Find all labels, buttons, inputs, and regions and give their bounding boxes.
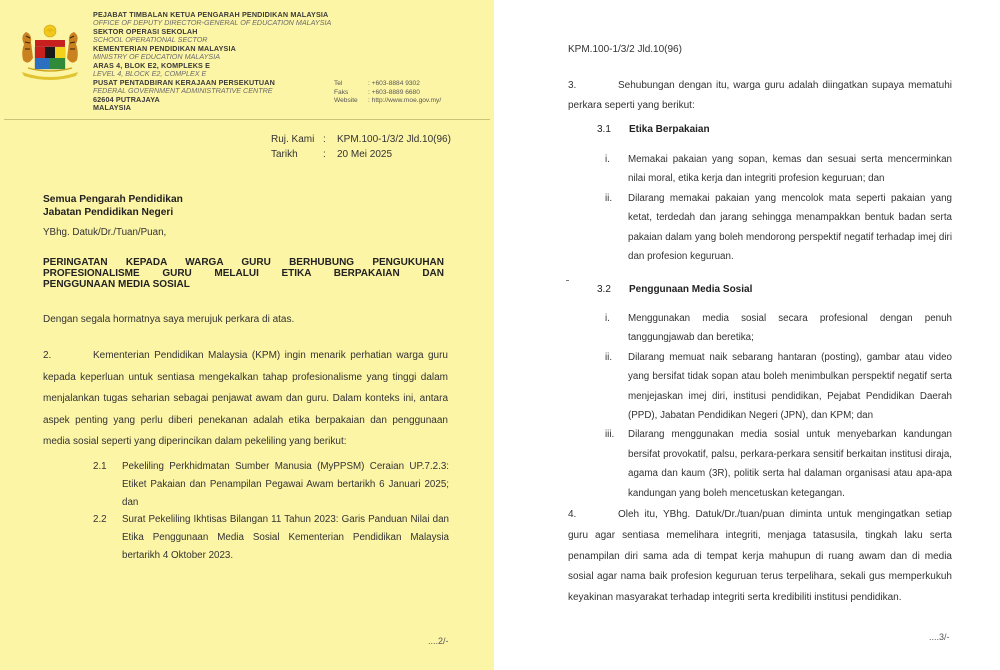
page-continuation-marker: ....3/- [929, 632, 950, 642]
list-item: ii. Dilarang memakai pakaian yang mencol… [605, 189, 952, 267]
tel-value: : +603-8884 9302 [368, 80, 420, 89]
section-number: 3.1 [597, 124, 629, 135]
subject-line: PERINGATAN KEPADA WARGA GURU BERHUBUNG P… [43, 257, 444, 268]
section-title: Etika Berpakaian [629, 124, 710, 135]
item-text: Surat Pekeliling Ikhtisas Bilangan 11 Ta… [122, 511, 449, 566]
ref-separator: : [323, 133, 337, 148]
recipient-line: Jabatan Pendidikan Negeri [43, 206, 183, 219]
item-text: Memakai pakaian yang sopan, kemas dan se… [628, 150, 952, 189]
section-title: Penggunaan Media Sosial [629, 284, 752, 295]
paragraph-3: 3.Sehubungan dengan itu, warga guru adal… [568, 76, 952, 115]
paragraph-4: 4.Oleh itu, YBhg. Datuk/Dr./tuan/puan di… [568, 505, 952, 609]
paragraph-number: 3. [568, 76, 618, 96]
reference-block: Ruj. Kami : KPM.100-1/3/2 Jld.10(96) Tar… [271, 133, 451, 162]
list-item: iii. Dilarang menggunakan media sosial u… [605, 425, 952, 503]
list-item: i. Memakai pakaian yang sopan, kemas dan… [605, 150, 952, 189]
fax-value: : +603-8889 6680 [368, 89, 420, 98]
page-continuation-marker: ....2/- [428, 636, 449, 646]
circular-item: 2.2 Surat Pekeliling Ikhtisas Bilangan 1… [93, 511, 449, 566]
date-value: 20 Mei 2025 [337, 148, 392, 163]
list-item: i. Menggunakan media sosial secara profe… [605, 309, 952, 348]
letterhead-contact: Tel: +603-8884 9302 Faks: +603-8889 6680… [334, 80, 441, 106]
date-separator: : [323, 148, 337, 163]
item-text: Dilarang memuat naik sebarang hantaran (… [628, 348, 952, 426]
paragraph-text: Sehubungan dengan itu, warga guru adalah… [568, 80, 952, 111]
subject-line: PENGGUNAAN MEDIA SOSIAL [43, 279, 444, 290]
social-media-list: i. Menggunakan media sosial secara profe… [605, 309, 952, 503]
list-item: ii. Dilarang memuat naik sebarang hantar… [605, 348, 952, 426]
item-number: ii. [605, 348, 628, 426]
section-heading-dress-ethics: 3.1Etika Berpakaian [597, 124, 710, 135]
section-number: 3.2 [597, 284, 629, 295]
item-text: Menggunakan media sosial secara profesio… [628, 309, 952, 348]
subject-line: PROFESIONALISME GURU MELALUI ETIKA BERPA… [43, 268, 444, 279]
item-number: ii. [605, 189, 628, 267]
letterhead-divider [4, 119, 490, 120]
website-label: Website [334, 97, 368, 106]
item-number: 2.2 [93, 511, 122, 566]
paragraph-number: 4. [568, 505, 618, 526]
tel-label: Tel [334, 80, 368, 89]
item-number: iii. [605, 425, 628, 503]
dress-ethics-list: i. Memakai pakaian yang sopan, kemas dan… [605, 150, 952, 266]
paragraph-text: Kementerian Pendidikan Malaysia (KPM) in… [43, 350, 448, 447]
paragraph-2: 2.Kementerian Pendidikan Malaysia (KPM) … [43, 345, 448, 453]
date-label: Tarikh [271, 148, 323, 163]
item-text: Dilarang memakai pakaian yang mencolok m… [628, 189, 952, 267]
circular-item: 2.1 Pekeliling Perkhidmatan Sumber Manus… [93, 458, 449, 513]
item-text: Dilarang menggunakan media sosial untuk … [628, 425, 952, 503]
salutation: YBhg. Datuk/Dr./Tuan/Puan, [43, 227, 166, 238]
letterhead-address: PEJABAT TIMBALAN KETUA PENGARAH PENDIDIK… [93, 11, 331, 112]
ref-label: Ruj. Kami [271, 133, 323, 148]
intro-paragraph: Dengan segala hormatnya saya merujuk per… [43, 314, 294, 325]
fax-label: Faks [334, 89, 368, 98]
ref-value: KPM.100-1/3/2 Jld.10(96) [337, 133, 451, 148]
section-heading-social-media: 3.2Penggunaan Media Sosial [597, 284, 752, 295]
website-value: : http://www.moe.gov.my/ [368, 97, 441, 106]
item-number: 2.1 [93, 458, 122, 513]
recipient-line: Semua Pengarah Pendidikan [43, 193, 183, 206]
paragraph-text: Oleh itu, YBhg. Datuk/Dr./tuan/puan dimi… [568, 509, 952, 603]
paragraph-number: 2. [43, 345, 93, 367]
item-number: i. [605, 150, 628, 189]
scan-artifact [566, 280, 569, 281]
item-number: i. [605, 309, 628, 348]
letter-subject: PERINGATAN KEPADA WARGA GURU BERHUBUNG P… [43, 257, 444, 291]
page-reference: KPM.100-1/3/2 Jld.10(96) [568, 44, 682, 55]
malaysia-coat-of-arms-icon [14, 22, 86, 84]
item-text: Pekeliling Perkhidmatan Sumber Manusia (… [122, 458, 449, 513]
letter-page-1: PEJABAT TIMBALAN KETUA PENGARAH PENDIDIK… [0, 0, 494, 670]
recipient-block: Semua Pengarah Pendidikan Jabatan Pendid… [43, 193, 183, 219]
letterhead-line: MALAYSIA [93, 104, 331, 112]
